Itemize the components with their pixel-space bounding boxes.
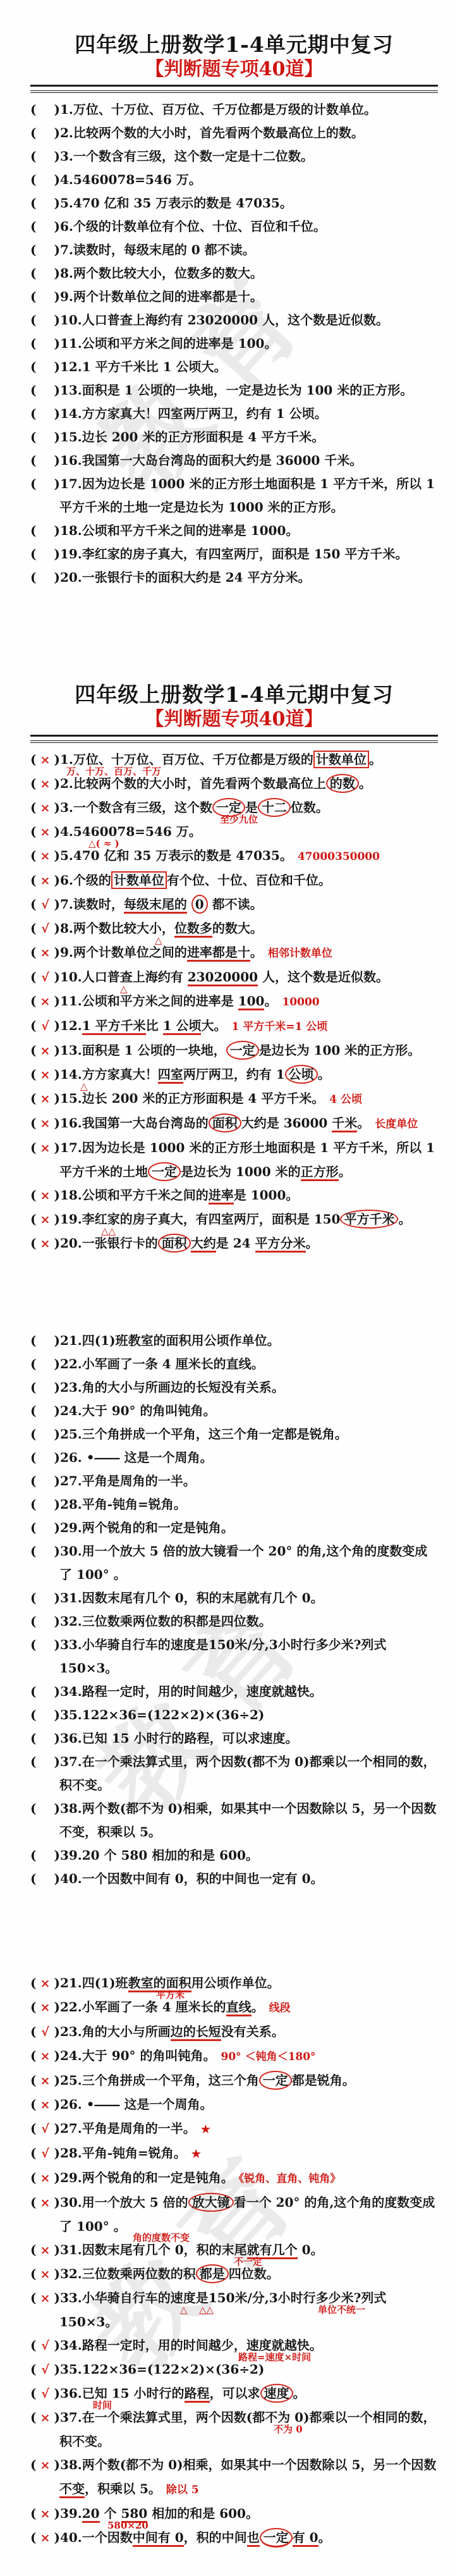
question-number: 15. xyxy=(60,1091,82,1106)
question-text: 有个位、十位、百位和千位。 xyxy=(167,873,331,888)
section-questions-21-40-answered: (×)21.四(1)班教室的面积用公顷作单位。平方米(×)22.小军画了一条 4… xyxy=(30,1972,438,2550)
question-text: 面积是 1 公顷的一块地， xyxy=(82,1043,226,1058)
page-subtitle: 【判断题专项40道】 xyxy=(30,708,438,731)
section-questions-21-40-blank: ()21.四(1)班教室的面积用公顷作单位。()22.小军画了一条 4 厘米长的… xyxy=(30,1329,438,1891)
question-text: ，积的中间 xyxy=(184,2530,247,2545)
paren-open: ( xyxy=(30,1211,36,1227)
question-text: 平角-钝角=锐角。 xyxy=(82,2145,186,2161)
correction-note: 相邻计数单位 xyxy=(268,947,332,960)
paren-open: ( xyxy=(30,2338,36,2353)
question-text: 个 xyxy=(100,2506,121,2521)
question-number: 4. xyxy=(60,172,73,187)
paren-open: ( xyxy=(30,429,36,445)
question-row: ()23.角的大小与所画边的长短没有关系。 xyxy=(30,1376,438,1399)
question-text: 5460078=546 万。 xyxy=(73,172,202,187)
question-number: 10. xyxy=(60,312,82,328)
question-row: ()19.李红家的房子真大，有四室两厅，面积是 150 平方千米。 xyxy=(30,543,438,566)
question-text: 平角-钝角=锐角。 xyxy=(82,1497,186,1512)
question-row: ()38.两个数(都不为 0)相乘，如果其中一个因数除以 5，另一个因数不变，积… xyxy=(30,1797,438,1844)
paren-close: ) xyxy=(54,383,59,398)
paren-open: ( xyxy=(30,1450,36,1465)
question-text: 个级的 xyxy=(73,873,111,888)
paren-open: ( xyxy=(30,1684,36,1699)
question-text: 用一个放大 5 倍的放大镜看一个 20° 的角,这个角的度数变成了 100° 。 xyxy=(59,1543,427,1582)
question-number: 34. xyxy=(60,2338,82,2353)
question-text: 。 xyxy=(398,1211,411,1227)
paren-open: ( xyxy=(30,2506,36,2521)
correction-note: 角的度数不变 xyxy=(133,2233,190,2243)
question-row: ()7.读数时，每级末尾的 0 都不读。 xyxy=(30,238,438,262)
question-text: 是 1000。 xyxy=(234,1187,299,1203)
paren-close: ) xyxy=(54,969,59,984)
answer-mark: × xyxy=(36,2454,54,2477)
paren-close: ) xyxy=(54,873,59,888)
paren-close: ) xyxy=(54,2242,59,2257)
paren-close: ) xyxy=(54,1450,59,1465)
paren-close: ) xyxy=(54,2145,59,2161)
answer-mark: × xyxy=(36,2239,54,2262)
paren-close: ) xyxy=(54,1520,59,1535)
question-row: ()29.两个锐角的和一定是钝角。 xyxy=(30,1516,438,1540)
question-list: ()21.四(1)班教室的面积用公顷作单位。()22.小军画了一条 4 厘米长的… xyxy=(30,1329,438,1891)
question-text: 公顷和平方米之间的进率是 xyxy=(82,993,238,1009)
paren-close: ) xyxy=(54,125,59,140)
question-text: 李红家的房子真大，有四室两厅，面积是 150 平方千米。 xyxy=(82,546,408,561)
paren-open: ( xyxy=(30,1187,36,1203)
question-text: 一张银行卡的 xyxy=(82,1236,158,1251)
paren-close: ) xyxy=(54,1236,59,1251)
paren-close: ) xyxy=(54,2170,59,2185)
question-text: 470 亿和 35 万表示的数是 47035。 xyxy=(73,195,293,211)
paren-close: ) xyxy=(54,219,59,234)
question-text: 位数。 xyxy=(291,800,329,815)
paren-close: ) xyxy=(54,1356,59,1371)
answer-mark: √ xyxy=(36,893,54,917)
question-number: 40. xyxy=(60,2530,82,2545)
paren-close: ) xyxy=(54,2097,59,2112)
paren-open: ( xyxy=(30,1590,36,1605)
paren-open: ( xyxy=(30,195,36,211)
annotated-text: 十二 xyxy=(258,798,291,817)
paren-open: ( xyxy=(30,969,36,984)
paren-open: ( xyxy=(30,453,36,468)
paren-close: ) xyxy=(54,1403,59,1418)
question-row: (×)39.20 个 580 相加的和是 600。580×20 xyxy=(30,2502,438,2526)
correction-note: 《锐角、直角、钝角》 xyxy=(239,2173,341,2185)
correction-note: △△ xyxy=(199,2305,214,2315)
paren-close: ) xyxy=(54,848,59,863)
correction-note: 路程=速度×时间 xyxy=(238,2352,311,2362)
question-number: 35. xyxy=(60,2362,82,2377)
correction-note: ★ xyxy=(191,2148,201,2161)
paren-close: ) xyxy=(54,2386,59,2401)
paren-close: ) xyxy=(54,1473,59,1488)
annotated-text: 20 xyxy=(82,2506,100,2523)
question-text: 三个角拼成一个平角，这三个角 xyxy=(82,2073,259,2088)
question-text: 在一个乘法算式里，两个因数(都不为 0)都乘以一个相同的数，积不变。 xyxy=(59,2410,436,2449)
question-text: 。 xyxy=(318,1067,331,1082)
paren-close: ) xyxy=(54,1871,59,1886)
paren-open: ( xyxy=(30,523,36,538)
question-text: 因为边长是 1000 米的正方形土地面积是 1 平方千米，所以 1 平方千米的土… xyxy=(59,476,435,515)
question-row: (×)9.两个计数单位之间的进率都是十。相邻计数单位 xyxy=(30,941,438,966)
question-text: 已知 15 小时行的 xyxy=(82,2386,185,2401)
question-row: (√)7.读数时，每级末尾的 0 都不读。 xyxy=(30,893,438,917)
question-row: ()16.我国第一大岛台湾岛的面积大约是 36000 千米。 xyxy=(30,449,438,472)
question-number: 38. xyxy=(60,2457,82,2472)
question-number: 16. xyxy=(60,453,82,468)
question-row: ()4.5460078=546 万。 xyxy=(30,168,438,192)
annotated-text: 1 平方千米 xyxy=(82,1018,146,1035)
annotated-text: 公顷 xyxy=(285,1065,318,1084)
question-number: 31. xyxy=(60,1590,82,1605)
answer-mark: × xyxy=(36,2287,54,2310)
paren-open: ( xyxy=(30,1543,36,1559)
question-text: 角的大小与所画边的长短没有关系。 xyxy=(82,1380,284,1395)
answer-mark: × xyxy=(36,941,54,965)
question-row: (√)34.路程一定时，用的时间越少，速度就越快。路程=速度×时间 xyxy=(30,2334,438,2358)
answer-mark: × xyxy=(36,1208,54,1232)
page-title: 四年级上册数学1-4单元期中复习 xyxy=(30,32,438,58)
answer-mark: √ xyxy=(36,2334,54,2358)
question-text: 是 24 xyxy=(216,1236,255,1251)
question-number: 26. xyxy=(60,2097,82,2112)
answer-mark: √ xyxy=(36,966,54,990)
annotated-text: 计数单位 xyxy=(313,751,369,768)
annotated-text: 正方形 xyxy=(301,1164,339,1181)
question-row: ()10.人口普查上海约有 23020000 人，这个数是近似数。 xyxy=(30,309,438,332)
question-text: 。 xyxy=(293,2386,306,2401)
correction-note: 单位不统一 xyxy=(318,2305,365,2315)
correction-note: 长度单位 xyxy=(375,1118,418,1131)
paren-open: ( xyxy=(30,219,36,234)
question-number: 5. xyxy=(60,195,73,211)
question-number: 37. xyxy=(60,2410,82,2425)
paren-open: ( xyxy=(30,1707,36,1722)
question-row: ()27.平角是周角的一半。 xyxy=(30,1469,438,1493)
question-number: 21. xyxy=(60,1975,82,1990)
question-row: ()32.三位数乘两位数的积都是四位数。 xyxy=(30,1610,438,1633)
paren-close: ) xyxy=(54,776,59,791)
paren-close: ) xyxy=(54,824,59,839)
annotated-text: 有 0 xyxy=(293,2530,318,2547)
question-row: ()8.两个数比较大小，位数多的数大。 xyxy=(30,262,438,285)
header-divider xyxy=(30,735,438,743)
correction-note: △ xyxy=(120,984,128,994)
answer-mark: √ xyxy=(36,2383,54,2406)
annotated-text: 一定 xyxy=(226,1041,259,1060)
question-row: (√)23.角的大小与所画边的长短没有关系。 xyxy=(30,2020,438,2044)
question-number: 19. xyxy=(60,1211,82,1227)
annotated-text: 位数多 xyxy=(174,921,212,938)
paren-close: ) xyxy=(54,312,59,328)
question-row: ()15.边长 200 米的正方形面积是 4 平方千米。 xyxy=(30,426,438,449)
question-text: 小军画了一条 4 厘米长的 xyxy=(82,1999,226,2015)
paren-close: ) xyxy=(54,945,59,960)
question-text: 。 xyxy=(306,1236,318,1251)
question-row: (√)10.人口普查上海约有 23020000 人，这个数是近似数。△ xyxy=(30,966,438,990)
question-text: 读数时， xyxy=(73,897,124,912)
correction-note: 万、十万、百万、千万 xyxy=(66,766,161,776)
question-text: 边长 200 米的正方形面积是 4 平方千米。 xyxy=(82,429,325,445)
question-text: 路程一定时，用的时间越少，速度就越快。 xyxy=(82,1684,322,1699)
question-number: 29. xyxy=(60,2170,82,2185)
paren-close: ) xyxy=(54,1848,59,1863)
correction-note: 不一定 xyxy=(234,2257,262,2267)
paren-open: ( xyxy=(30,800,36,815)
annotated-text: 的数 xyxy=(326,774,359,793)
question-text: 没有关系。 xyxy=(221,2024,284,2039)
question-row: ()36.已知 15 小时行的路程，可以求速度。 xyxy=(30,1727,438,1750)
paren-open: ( xyxy=(30,1801,36,1816)
question-number: 29. xyxy=(60,1520,82,1535)
annotated-text: 面积 xyxy=(209,1113,241,1132)
question-text: 万位、十万位、百万位、千万位都是万级的 xyxy=(73,752,313,767)
section-questions-1-20-answered: 四年级上册数学1-4单元期中复习 【判断题专项40道】 (×)1.万位、十万位、… xyxy=(30,682,438,1256)
question-row: (×)37.在一个乘法算式里，两个因数(都不为 0)都乘以一个相同的数，积不变。… xyxy=(30,2406,438,2453)
paren-open: ( xyxy=(30,2024,36,2039)
paren-open: ( xyxy=(30,2170,36,2185)
question-text: •―― 这是一个周角。 xyxy=(82,2097,213,2112)
paren-close: ) xyxy=(54,1211,59,1227)
answer-mark: √ xyxy=(36,2142,54,2166)
annotated-text: 面积 xyxy=(158,1234,191,1253)
paren-close: ) xyxy=(54,242,59,257)
question-text: 小军画了一条 4 厘米长的直线。 xyxy=(82,1356,264,1371)
paren-open: ( xyxy=(30,921,36,936)
question-row: (×)1.万位、十万位、百万位、千万位都是万级的计数单位。万、十万、百万、千万 xyxy=(30,748,438,772)
question-number: 12. xyxy=(60,359,82,374)
answer-mark: √ xyxy=(36,2021,54,2044)
paren-open: ( xyxy=(30,1497,36,1512)
question-text: 都是锐角。 xyxy=(292,2073,355,2088)
question-number: 40. xyxy=(60,1871,82,1886)
question-number: 7. xyxy=(60,242,73,257)
question-row: (×)20.一张银行卡的面积大约是 24 平方分米。 xyxy=(30,1232,438,1256)
question-number: 32. xyxy=(60,2266,82,2281)
correction-note: 1 平方千米=1 公顷 xyxy=(231,1021,327,1033)
correction-note: 不为 0 xyxy=(274,2424,303,2434)
question-text: 我国第一大岛台湾岛的 xyxy=(82,1115,209,1131)
question-number: 31. xyxy=(60,2242,82,2257)
question-text: 两个数(都不为 0)相乘，如果其中一个因数除以 5，另一个因数不变，积乘以 5。 xyxy=(59,1801,436,1839)
question-number: 37. xyxy=(60,1754,82,1769)
paren-open: ( xyxy=(30,172,36,187)
paren-open: ( xyxy=(30,1018,36,1033)
question-number: 27. xyxy=(60,2121,82,2136)
question-row: (×)14.方方家真大！四室两厅两卫，约有 1公顷。△ xyxy=(30,1063,438,1087)
question-number: 33. xyxy=(60,1637,82,1652)
question-text: 5460078=546 万。 xyxy=(73,824,202,839)
question-text: 面积是 1 公顷的一块地，一定是边长为 100 米的正方形。 xyxy=(82,383,413,398)
question-number: 20. xyxy=(60,570,82,585)
question-row: (×)24.大于 90° 的角叫钝角。90° ＜钝角＜180° xyxy=(30,2044,438,2069)
paren-close: ) xyxy=(54,2530,59,2545)
question-row: ()13.面积是 1 公顷的一块地，一定是边长为 100 米的正方形。 xyxy=(30,379,438,402)
answer-mark: × xyxy=(36,1137,54,1160)
paren-close: ) xyxy=(54,570,59,585)
paren-close: ) xyxy=(54,336,59,351)
question-text: 大。 xyxy=(201,1018,226,1033)
paren-close: ) xyxy=(54,1614,59,1629)
paren-open: ( xyxy=(30,752,36,767)
question-number: 9. xyxy=(60,945,73,960)
question-list: ()1.万位、十万位、百万位、千万位都是万级的计数单位。()2.比较两个数的大小… xyxy=(30,98,438,589)
paren-close: ) xyxy=(54,752,59,767)
paren-open: ( xyxy=(30,359,36,374)
question-text: 因数末尾有几个 0，积的末尾就有几个 0。 xyxy=(82,1590,324,1605)
paren-open: ( xyxy=(30,2073,36,2088)
question-text: 。 xyxy=(252,1999,264,2015)
question-text: 相加的和是 600。 xyxy=(147,2506,258,2521)
question-text: 是边长为 100 米的正方形。 xyxy=(259,1043,421,1058)
paren-open: ( xyxy=(30,1380,36,1395)
question-row: (×)19.李红家的房子真大，有四室两厅，面积是 150平方千米。△△ xyxy=(30,1208,438,1232)
question-row: (×)26. •―― 这是一个周角。 xyxy=(30,2093,438,2117)
correction-note: 47000350000 xyxy=(298,850,380,863)
answer-mark: × xyxy=(36,990,54,1014)
question-number: 21. xyxy=(60,1333,82,1348)
question-text: 一个因数中间有 0，积的中间也一定有 0。 xyxy=(82,1871,324,1886)
question-row: ()26. •―― 这是一个周角。 xyxy=(30,1446,438,1469)
question-number: 39. xyxy=(60,1848,82,1863)
question-number: 2. xyxy=(60,125,73,140)
question-row: ()20.一张银行卡的面积大约是 24 平方分米。 xyxy=(30,566,438,589)
paren-close: ) xyxy=(54,195,59,211)
question-text: 因数末尾有几个 0，积的末尾 xyxy=(82,2242,247,2257)
paren-open: ( xyxy=(30,546,36,561)
page-title: 四年级上册数学1-4单元期中复习 xyxy=(30,682,438,708)
question-row: (×)11.公顷和平方米之间的进率是 100。10000 xyxy=(30,990,438,1014)
correction-note: 90° ＜钝角＜180° xyxy=(221,2051,316,2063)
question-text: 四(1)班 xyxy=(82,1975,128,1990)
paren-open: ( xyxy=(30,2121,36,2136)
question-row: (√)12.1 平方千米比 1 公顷大。1 平方千米=1 公顷 xyxy=(30,1014,438,1039)
annotated-text: 不变 xyxy=(59,2481,85,2498)
question-row: (√)27.平角是周角的一半。★ xyxy=(30,2117,438,2142)
answer-mark: × xyxy=(36,773,54,796)
paren-close: ) xyxy=(54,2073,59,2088)
question-row: (×)6.个级的计数单位有个位、十位、百位和千位。 xyxy=(30,869,438,893)
question-text: 大于 90° 的角叫钝角。 xyxy=(82,2048,216,2063)
question-number: 20. xyxy=(60,1236,82,1251)
question-number: 30. xyxy=(60,2195,82,2210)
page-subtitle: 【判断题专项40道】 xyxy=(30,58,438,81)
question-text: 。 xyxy=(339,1164,351,1179)
question-text: 路程一定时，用的时间越少，速度就越快。 xyxy=(82,2338,322,2353)
correction-note: 580×20 xyxy=(107,2520,149,2530)
paren-open: ( xyxy=(30,1975,36,1990)
question-text: 公顷和平方千米之间的 xyxy=(82,1187,209,1203)
annotated-text: 都是 xyxy=(196,2264,229,2283)
annotated-text: 千米 xyxy=(332,1115,357,1132)
paren-open: ( xyxy=(30,1115,36,1131)
answer-mark: × xyxy=(36,1088,54,1111)
paren-close: ) xyxy=(54,2506,59,2521)
worksheet-page: 教育 教育 教育 四年级上册数学1-4单元期中复习 【判断题专项40道】 ()1… xyxy=(0,0,455,2576)
correction-note: 至少九位 xyxy=(220,814,258,825)
question-row: ()9.两个计数单位之间的进率都是十。 xyxy=(30,285,438,309)
paren-close: ) xyxy=(54,1637,59,1652)
annotated-text: 放大镜 xyxy=(188,2193,234,2212)
question-text: 20 个 580 相加的和是 600。 xyxy=(82,1848,258,1863)
paren-close: ) xyxy=(54,429,59,445)
question-row: ()14.方方家真大！四室两厅两卫，约有 1 公顷。 xyxy=(30,402,438,426)
answer-mark: × xyxy=(36,2263,54,2286)
paren-close: ) xyxy=(54,1018,59,1033)
paren-close: ) xyxy=(54,1043,59,1058)
annotated-text: 速度 xyxy=(260,2384,293,2403)
question-text: 。 xyxy=(357,1115,370,1131)
question-text: 一张银行卡的面积大约是 24 平方分米。 xyxy=(82,570,311,585)
paren-open: ( xyxy=(30,2145,36,2161)
question-row: ()6.个级的计数单位有个位、十位、百位和千位。 xyxy=(30,215,438,238)
paren-open: ( xyxy=(30,1731,36,1746)
paren-close: ) xyxy=(54,1067,59,1082)
paren-open: ( xyxy=(30,266,36,281)
question-number: 12. xyxy=(60,1018,82,1033)
annotated-text: 一定 xyxy=(259,2071,292,2090)
paren-open: ( xyxy=(30,289,36,304)
answer-mark: × xyxy=(36,1112,54,1136)
question-row: (×)3.一个数含有三级，这个数一定是十二位数。至少九位 xyxy=(30,796,438,820)
question-number: 3. xyxy=(60,149,73,164)
paren-open: ( xyxy=(30,336,36,351)
paren-open: ( xyxy=(30,2266,36,2281)
paren-close: ) xyxy=(54,406,59,421)
question-text: 李红家的房子真大，有四室两厅，面积是 150 xyxy=(82,1211,341,1227)
paren-open: ( xyxy=(30,1356,36,1371)
annotated-text: 100 xyxy=(238,993,265,1010)
question-number: 1. xyxy=(60,102,73,117)
paren-open: ( xyxy=(30,1426,36,1442)
paren-close: ) xyxy=(54,1140,59,1155)
question-number: 23. xyxy=(60,2024,82,2039)
answer-mark: √ xyxy=(36,1015,54,1038)
paren-open: ( xyxy=(30,570,36,585)
question-text: 人口普查上海约有 xyxy=(82,969,188,984)
question-text: 两个数(都不为 0)相乘，如果其中一个因数除以 5，另一个因数 xyxy=(82,2457,437,2472)
question-row: ()35.122×36=(122×2)×(36÷2) xyxy=(30,1703,438,1727)
paren-open: ( xyxy=(30,1333,36,1348)
paren-open: ( xyxy=(30,2457,36,2472)
question-text: 小华骑自行车的速度是150米/分,3小时行多少米?列式150×3。 xyxy=(59,1637,386,1676)
question-row: ()34.路程一定时，用的时间越少，速度就越快。 xyxy=(30,1680,438,1703)
answer-mark: × xyxy=(36,797,54,820)
answer-mark: × xyxy=(36,749,54,772)
question-row: ()5.470 亿和 35 万表示的数是 47035。 xyxy=(30,192,438,215)
paren-close: ) xyxy=(54,1731,59,1746)
paren-close: ) xyxy=(54,2266,59,2281)
paren-open: ( xyxy=(30,897,36,912)
question-text: 122×36=(122×2)×(36÷2) xyxy=(82,2362,265,2377)
question-row: (×)33.小华骑自行车的速度是150米/分,3小时行多少米?列式150×3。△… xyxy=(30,2286,438,2334)
question-text: 都不读。 xyxy=(208,897,263,912)
annotated-text: 1 公顷 xyxy=(163,1018,202,1035)
paren-open: ( xyxy=(30,406,36,421)
question-text: •―― 这是一个周角。 xyxy=(82,1450,213,1465)
question-text: 两个计数单位之间的 xyxy=(73,945,187,960)
question-text: 。 xyxy=(318,2530,331,2545)
annotated-text: 平方千米 xyxy=(340,1210,398,1229)
question-number: 39. xyxy=(60,2506,82,2521)
question-text: 公顷和平方千米之间的进率是 1000。 xyxy=(82,523,299,538)
paren-close: ) xyxy=(54,266,59,281)
annotated-text: 边的长短 xyxy=(171,2024,221,2041)
question-number: 16. xyxy=(60,1115,82,1131)
paren-open: ( xyxy=(30,1091,36,1106)
correction-note: 10000 xyxy=(282,996,319,1009)
